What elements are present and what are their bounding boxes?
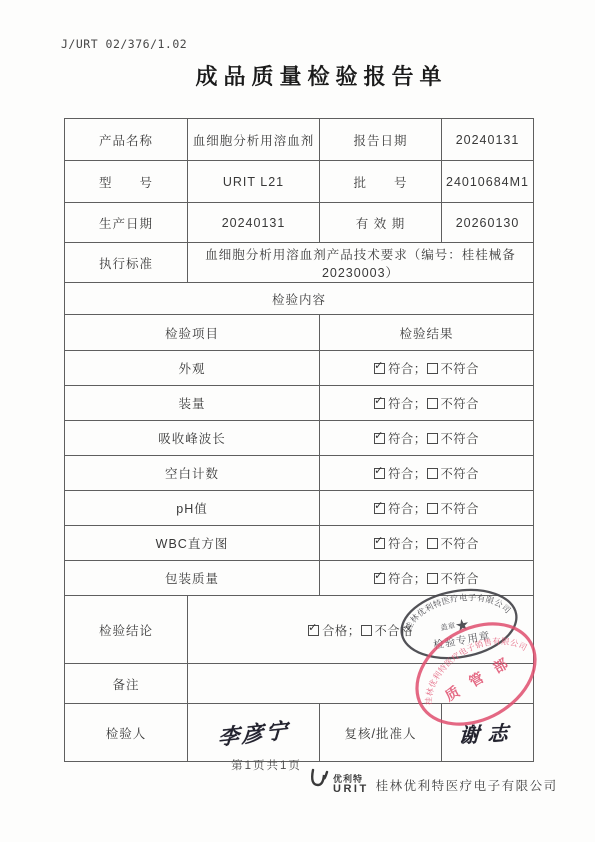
item-name: WBC直方图: [65, 526, 320, 561]
table-row: 执行标准 血细胞分析用溶血剂产品技术要求（编号：桂桂械备 20230003）: [65, 243, 534, 283]
page-title: 成品质量检验报告单: [0, 60, 595, 91]
pass-label: 符合: [388, 362, 414, 376]
separator: ；: [414, 502, 427, 516]
pass-label: 符合: [388, 572, 414, 586]
report-table: 产品名称 血细胞分析用溶血剂 报告日期 20240131 型 号 URIT L2…: [64, 118, 534, 762]
pass-label: 符合: [388, 397, 414, 411]
approver-signature: 谢志: [442, 704, 534, 762]
separator: ；: [414, 362, 427, 376]
table-row: 吸收峰波长 ✓符合；不符合: [65, 421, 534, 456]
standard-label: 执行标准: [65, 243, 188, 283]
remarks-label: 备注: [65, 664, 188, 704]
checkbox-unchecked-icon: [427, 573, 438, 584]
batch-value: 24010684M1: [442, 161, 534, 203]
check-icon: ✓: [374, 396, 384, 407]
model-value: URIT L21: [188, 161, 320, 203]
fail-label: 不合格: [375, 624, 413, 638]
pass-label: 合格: [322, 624, 348, 638]
conclusion-value: ✓合格；不合格: [188, 596, 534, 664]
item-name: 吸收峰波长: [65, 421, 320, 456]
checkbox-unchecked-icon: [427, 538, 438, 549]
inspector-label: 检验人: [65, 704, 188, 762]
item-result: ✓符合；不符合: [320, 561, 534, 596]
result-column-header: 检验结果: [320, 315, 534, 351]
check-icon: ✓: [374, 361, 384, 372]
checkbox-checked-icon: ✓: [374, 468, 385, 479]
item-name: 装量: [65, 386, 320, 421]
model-label: 型 号: [65, 161, 188, 203]
check-icon: ✓: [374, 501, 384, 512]
pass-label: 符合: [388, 537, 414, 551]
fail-label: 不符合: [441, 572, 479, 586]
pass-label: 符合: [388, 502, 414, 516]
table-row: 空白计数 ✓符合；不符合: [65, 456, 534, 491]
table-row: 检验结论 ✓合格；不合格: [65, 596, 534, 664]
footer: 优利特 URIT 桂林优利特医疗电子有限公司: [308, 766, 558, 795]
table-row: 外观 ✓符合；不符合: [65, 351, 534, 386]
table-row: pH值 ✓符合；不符合: [65, 491, 534, 526]
item-name: 空白计数: [65, 456, 320, 491]
check-icon: ✓: [374, 466, 384, 477]
footer-company: 桂林优利特医疗电子有限公司: [376, 776, 558, 795]
mfg-date-label: 生产日期: [65, 203, 188, 243]
expiry-value: 20260130: [442, 203, 534, 243]
fail-label: 不符合: [441, 537, 479, 551]
approver-label: 复核/批准人: [320, 704, 442, 762]
checkbox-checked-icon: ✓: [374, 503, 385, 514]
item-result: ✓符合；不符合: [320, 456, 534, 491]
section-header: 检验内容: [65, 283, 534, 315]
checkbox-checked-icon: ✓: [374, 573, 385, 584]
batch-label: 批 号: [320, 161, 442, 203]
item-name: pH值: [65, 491, 320, 526]
report-date-label: 报告日期: [320, 119, 442, 161]
table-row: 生产日期 20240131 有 效 期 20260130: [65, 203, 534, 243]
checkbox-unchecked-icon: [427, 363, 438, 374]
fail-label: 不符合: [441, 397, 479, 411]
doc-number: J/URT 02/376/1.02: [61, 37, 187, 51]
item-name: 外观: [65, 351, 320, 386]
logo-en: URIT: [333, 784, 369, 795]
product-name-value: 血细胞分析用溶血剂: [188, 119, 320, 161]
check-icon: ✓: [374, 431, 384, 442]
table-row: 产品名称 血细胞分析用溶血剂 报告日期 20240131: [65, 119, 534, 161]
item-result: ✓符合；不符合: [320, 526, 534, 561]
table-row: 备注: [65, 664, 534, 704]
separator: ；: [414, 467, 427, 481]
table-row: 装量 ✓符合；不符合: [65, 386, 534, 421]
mfg-date-value: 20240131: [188, 203, 320, 243]
report-date-value: 20240131: [442, 119, 534, 161]
checkbox-unchecked-icon: [361, 625, 372, 636]
table-row: 检验内容: [65, 283, 534, 315]
item-result: ✓符合；不符合: [320, 491, 534, 526]
checkbox-unchecked-icon: [427, 468, 438, 479]
checkbox-checked-icon: ✓: [308, 625, 319, 636]
checkbox-checked-icon: ✓: [374, 398, 385, 409]
item-result: ✓符合；不符合: [320, 421, 534, 456]
item-column-header: 检验项目: [65, 315, 320, 351]
urit-logo-icon: [308, 766, 330, 795]
remarks-value: [188, 664, 534, 704]
fail-label: 不符合: [441, 362, 479, 376]
item-result: ✓符合；不符合: [320, 386, 534, 421]
checkbox-unchecked-icon: [427, 433, 438, 444]
table-row: 包装质量 ✓符合；不符合: [65, 561, 534, 596]
table-row: 检验人 李彦宁 复核/批准人 谢志: [65, 704, 534, 762]
checkbox-checked-icon: ✓: [374, 538, 385, 549]
conclusion-label: 检验结论: [65, 596, 188, 664]
inspector-signature: 李彦宁: [188, 704, 320, 762]
standard-value: 血细胞分析用溶血剂产品技术要求（编号：桂桂械备 20230003）: [188, 243, 534, 283]
urit-logo-text: 优利特 URIT: [333, 775, 369, 795]
pass-label: 符合: [388, 467, 414, 481]
check-icon: ✓: [374, 571, 384, 582]
table-row: 型 号 URIT L21 批 号 24010684M1: [65, 161, 534, 203]
separator: ；: [414, 572, 427, 586]
separator: ；: [414, 432, 427, 446]
checkbox-checked-icon: ✓: [374, 433, 385, 444]
table-row: WBC直方图 ✓符合；不符合: [65, 526, 534, 561]
separator: ；: [414, 537, 427, 551]
table-row: 检验项目 检验结果: [65, 315, 534, 351]
checkbox-checked-icon: ✓: [374, 363, 385, 374]
approver-signature-text: 谢志: [458, 716, 517, 748]
check-icon: ✓: [308, 623, 318, 634]
item-name: 包装质量: [65, 561, 320, 596]
check-icon: ✓: [374, 536, 384, 547]
checkbox-unchecked-icon: [427, 503, 438, 514]
checkbox-unchecked-icon: [427, 398, 438, 409]
product-name-label: 产品名称: [65, 119, 188, 161]
separator: ；: [414, 397, 427, 411]
expiry-label: 有 效 期: [320, 203, 442, 243]
fail-label: 不符合: [441, 432, 479, 446]
item-result: ✓符合；不符合: [320, 351, 534, 386]
inspector-signature-text: 李彦宁: [217, 714, 290, 752]
fail-label: 不符合: [441, 502, 479, 516]
separator: ；: [348, 624, 361, 638]
pass-label: 符合: [388, 432, 414, 446]
fail-label: 不符合: [441, 467, 479, 481]
